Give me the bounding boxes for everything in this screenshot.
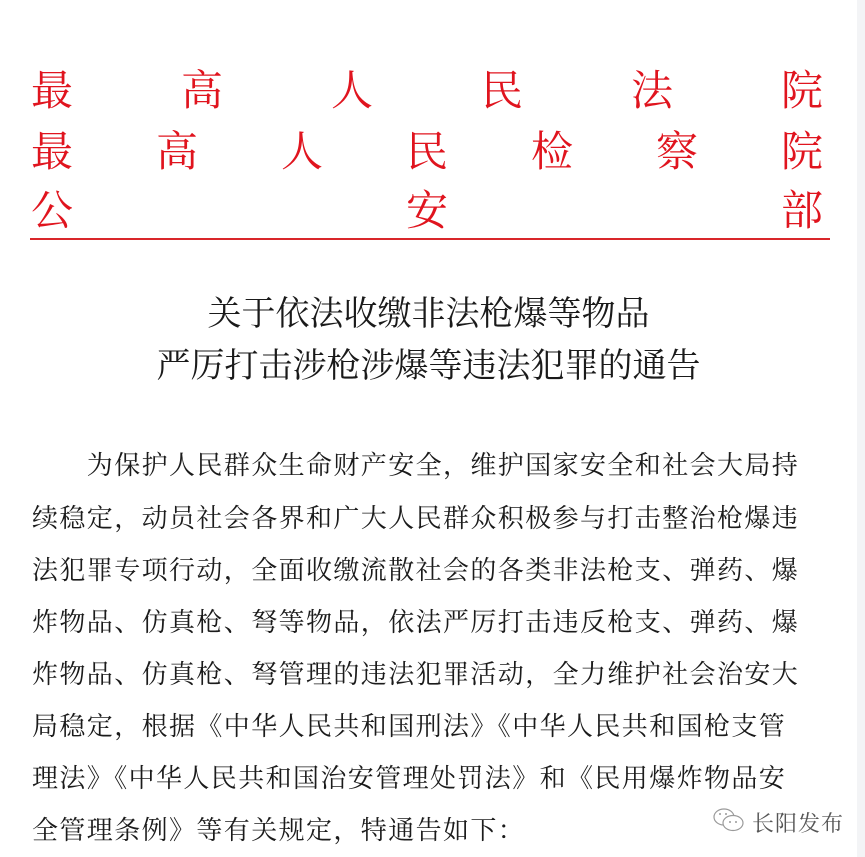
issuer-char: 察: [655, 131, 699, 173]
issuer-char: 公: [30, 190, 74, 232]
issuer-char: 民: [480, 70, 524, 112]
issuer-char: 院: [780, 70, 824, 112]
body-line: 炸物品、仿真枪、弩管理的违法犯罪活动，全力维护社会治安大: [32, 660, 799, 690]
body-line: 理法》《中华人民共和国治安管理处罚法》和《民用爆炸物品安: [32, 764, 786, 794]
watermark-text: 长阳发布: [752, 807, 844, 838]
issuer-char: 人: [330, 70, 374, 112]
page-edge: [857, 0, 865, 857]
issuer-char: 高: [180, 70, 224, 112]
issuer-char: 最: [30, 70, 74, 112]
document-page: 最 高 人 民 法 院 最 高 人 民 检 察 院 公 安 部 关于依法收缴非法…: [0, 0, 857, 857]
issuer-supreme-procuratorate: 最 高 人 民 检 察 院: [30, 131, 830, 173]
issuer-supreme-court: 最 高 人 民 法 院: [30, 70, 830, 112]
issuer-char: 法: [630, 70, 674, 112]
issuer-char: 检: [530, 131, 574, 173]
issuer-char: 安: [405, 190, 449, 232]
issuer-char: 部: [780, 190, 824, 232]
header-divider: [30, 238, 830, 240]
body-line: 局稳定，根据《中华人民共和国刑法》《中华人民共和国枪支管: [32, 712, 786, 742]
body-line: 法犯罪专项行动，全面收缴流散社会的各类非法枪支、弹药、爆: [32, 556, 799, 586]
body-line: 炸物品、仿真枪、弩等物品，依法严厉打击违反枪支、弹药、爆: [32, 608, 799, 638]
issuer-char: 人: [280, 131, 324, 173]
issuer-char: 民: [405, 131, 449, 173]
body-line: 为保护人民群众生命财产安全，维护国家安全和社会大局持: [32, 451, 799, 481]
issuer-char: 院: [780, 131, 824, 173]
notice-title-line1: 关于依法收缴非法枪爆等物品: [0, 294, 857, 334]
issuer-char: 最: [30, 131, 74, 173]
issuer-public-security: 公 安 部: [30, 190, 830, 232]
issuer-char: 高: [155, 131, 199, 173]
body-line: 全管理条例》等有关规定，特通告如下：: [32, 816, 525, 846]
body-line: 续稳定，动员社会各界和广大人民群众积极参与打击整治枪爆违: [32, 504, 799, 534]
source-watermark: 长阳发布: [712, 806, 844, 838]
notice-title-line2: 严厉打击涉枪涉爆等违法犯罪的通告: [0, 346, 857, 386]
wechat-icon: [712, 806, 746, 838]
